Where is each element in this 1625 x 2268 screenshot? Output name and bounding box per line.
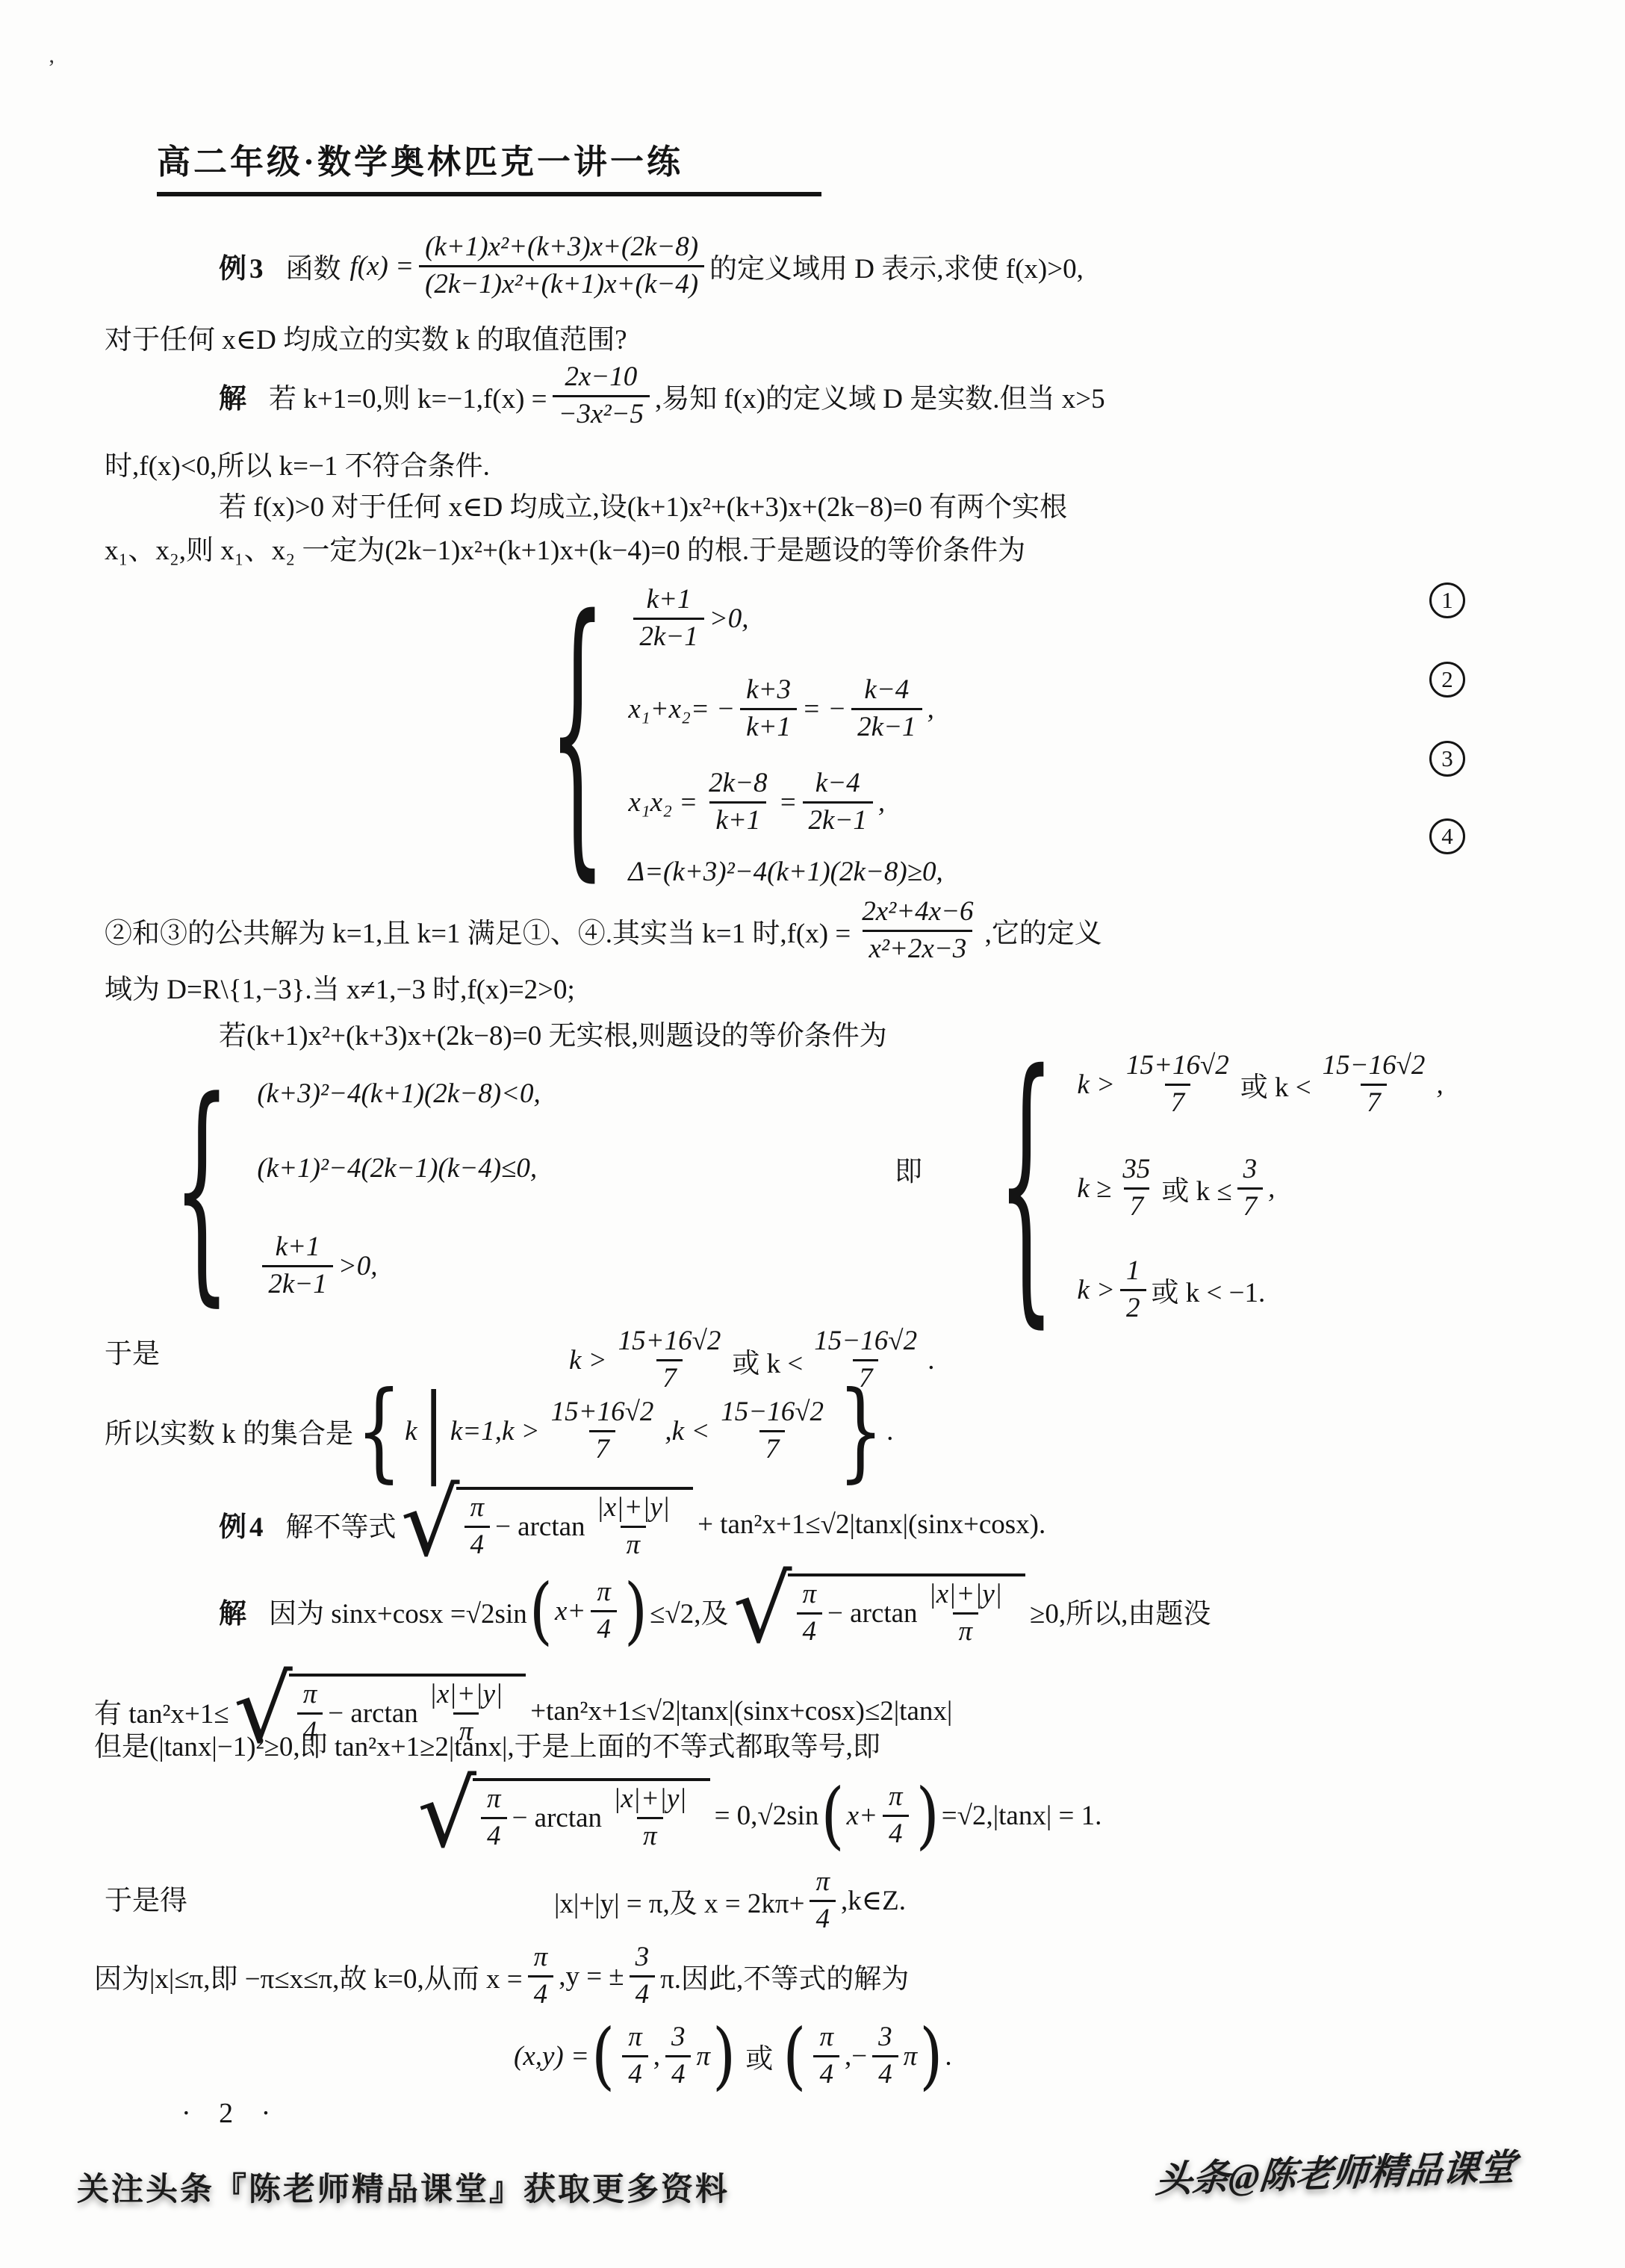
eq1-tail: =√2,|tanx| = 1.: [942, 1800, 1102, 1832]
numerator: 15−16√2: [808, 1327, 923, 1359]
set-bar: |: [423, 1387, 444, 1474]
denominator: k+1: [709, 801, 766, 836]
denominator: 4: [591, 1610, 617, 1644]
numerator: k−4: [810, 769, 866, 801]
however-line: 但是(|tanx|−1)²≥0,即 tan²x+1≥2|tanx|,于是上面的不…: [94, 1725, 880, 1762]
arctan-text: − arctan: [512, 1802, 603, 1834]
denominator: 4: [883, 1815, 909, 1849]
denominator: 4: [464, 1526, 491, 1560]
open-paren: (: [821, 1783, 844, 1848]
example3-pre: 函数: [286, 246, 341, 286]
paragraph4-line3: 若(k+1)x²+(k+3)x+(2k−8)=0 无实根,则题设的等价条件为: [219, 1014, 887, 1051]
system1-rows: k+1 2k−1 >0, x₁+x₂= − k+3 k+1 = − k−4 2k…: [628, 577, 942, 893]
denominator: 4: [622, 2055, 648, 2090]
example3-post: 的定义域用 D 表示,求使 f(x)>0,: [709, 246, 1084, 286]
numerator: π: [813, 2023, 839, 2055]
fraction: π 4: [813, 2023, 839, 2090]
system1: { k+1 2k−1 >0, x₁+x₂= − k+3 k+1 = − k−4 …: [549, 577, 943, 893]
eq3-or: 或: [745, 2036, 773, 2076]
system1-row2-tail: ,: [928, 693, 934, 725]
denominator: (2k−1)x²+(k+1)x+(k−4): [419, 265, 704, 299]
fraction: k+1 2k−1: [262, 1233, 332, 1299]
example4-label: 例4: [219, 1504, 267, 1544]
system2-left-row2-text: (k+1)²−4(2k−1)(k−4)≤0,: [257, 1152, 537, 1184]
fraction: k−4 2k−1: [803, 769, 873, 836]
r1-mid: 或 k <: [1240, 1064, 1311, 1105]
fraction: 3 4: [872, 2023, 898, 2090]
system2-left-row3: k+1 2k−1 >0,: [257, 1222, 540, 1310]
system2-left-row3-tail: >0,: [338, 1250, 378, 1282]
numerator: |x|+|y|: [923, 1580, 1009, 1612]
final-condition-line: 因为|x|≤π,即 −π≤x≤π,故 k=0,从而 x = π 4 ,y = ±…: [94, 1936, 909, 2016]
denominator: 2k−1: [633, 618, 703, 652]
denominator: 7: [1124, 1187, 1150, 1222]
denominator: 4: [665, 2055, 692, 2090]
radical: √ π 4 − arctan |x|+|y| π: [733, 1573, 1025, 1647]
header-title: 高二年级·数学奥林匹克一讲一练: [157, 134, 821, 196]
fraction: k−4 2k−1: [851, 676, 922, 742]
system2-connector: 即: [895, 1150, 922, 1187]
r1-pre: k >: [1077, 1069, 1115, 1101]
system1-row3-tail: ,: [878, 786, 885, 818]
solution4-s3: ≥0,所以,由题没: [1030, 1591, 1211, 1631]
numerator: k−4: [858, 676, 915, 708]
eq2-tail: ,k∈Z.: [841, 1884, 906, 1917]
conc-tail: .: [928, 1344, 935, 1376]
paragraph4-s4: 若(k+1)x²+(k+3)x+(2k−8)=0 无实根,则题设的等价条件为: [219, 1013, 887, 1053]
numerator: k+1: [270, 1233, 326, 1265]
eq1-mid: = 0,√2sin: [715, 1800, 819, 1832]
paragraph4-line2: 域为 D=R\{1,−3}.当 x≠1,−3 时,f(x)=2>0;: [105, 969, 575, 1004]
denominator: 4: [810, 1900, 836, 1934]
denominator: 2: [1120, 1289, 1146, 1323]
circle-tag-4: 4: [1429, 818, 1465, 854]
solution4-label: 解: [219, 1591, 249, 1631]
system1-row1: k+1 2k−1 >0,: [628, 577, 942, 660]
fraction: 15+16√2 7: [545, 1398, 660, 1464]
hence-label: 于是得: [105, 1880, 187, 1915]
set-line-pre: 所以实数 k 的集合是: [105, 1411, 353, 1451]
numerator: 15−16√2: [715, 1398, 830, 1430]
left-brace: {: [549, 585, 606, 885]
solution3-line1: 解 若 k+1=0,则 k=−1,f(x) = 2x−10 −3x²−5 ,易知…: [219, 349, 1105, 442]
system1-row2: x₁+x₂= − k+3 k+1 = − k−4 2k−1 ,: [628, 665, 942, 754]
paragraph4-s1: ②和③的公共解为 k=1,且 k=1 满足①、④.其实当 k=1 时,f(x) …: [105, 910, 851, 951]
set-cond2: ,k <: [665, 1415, 709, 1447]
final-tail: π.因此,不等式的解为: [660, 1956, 909, 1996]
close-paren: ): [624, 1578, 647, 1644]
system2-right: { k > 15+16√2 7 或 k < 15−16√2 7 , k ≥ 35: [998, 1040, 1444, 1332]
solution3-s2: ,易知 f(x)的定义域 D 是实数.但当 x>5: [655, 376, 1105, 416]
solution3-s3: 时,f(x)<0,所以 k=−1 不符合条件.: [105, 443, 490, 483]
solution3-s1: 若 k+1=0,则 k=−1,f(x) =: [269, 376, 547, 416]
fraction: k+1 2k−1: [633, 585, 703, 652]
left-brace: {: [173, 1072, 230, 1310]
numerator: 3: [1237, 1155, 1264, 1187]
radical-sign: √: [733, 1573, 792, 1647]
r2-tail: ,: [1268, 1172, 1275, 1205]
circle-tag-2: 2: [1429, 662, 1465, 698]
example4-pre: 解不等式: [286, 1504, 397, 1544]
however-text: 但是(|tanx|−1)²≥0,即 tan²x+1≥2|tanx|,于是上面的不…: [94, 1724, 880, 1764]
numerator: 2x−10: [559, 363, 643, 395]
radical-sign: √: [401, 1487, 460, 1561]
denominator: 7: [589, 1430, 615, 1464]
numerator: 15+16√2: [612, 1327, 727, 1359]
final-pre: 因为|x|≤π,即 −π≤x≤π,故 k=0,从而 x =: [94, 1956, 523, 1996]
fraction: π 4: [528, 1943, 554, 2010]
numerator: k+1: [641, 585, 697, 618]
fraction: 35 7: [1116, 1155, 1156, 1222]
numerator: (k+1)x²+(k+3)x+(2k−8): [419, 233, 704, 265]
eq3-period: .: [945, 2040, 951, 2072]
hence-text: 于是得: [105, 1877, 187, 1918]
fraction: 2k−8 k+1: [703, 769, 773, 836]
solution4-s1: 因为 sinx+cosx =√2sin: [269, 1591, 527, 1631]
numerator: 2k−8: [703, 769, 773, 801]
denominator: 4: [872, 2055, 898, 2090]
denominator: k+1: [740, 708, 797, 742]
fraction: 15−16√2 7: [1317, 1051, 1432, 1118]
solution3-s4: 若 f(x)>0 对于任何 x∈D 均成立,设(k+1)x²+(k+3)x+(2…: [219, 484, 1067, 524]
fraction: π 4: [481, 1785, 507, 1851]
fraction: |x|+|y| π: [591, 1494, 677, 1560]
r2-mid: 或 k ≤: [1161, 1168, 1231, 1208]
denominator: −3x²−5: [553, 395, 650, 429]
fraction: π 4: [464, 1494, 491, 1560]
system2-left-row1-text: (k+3)²−4(k+1)(2k−8)<0,: [257, 1078, 540, 1110]
footer-left: 关注头条『陈老师精品课堂』获取更多资料: [77, 2164, 730, 2210]
r1-tail: ,: [1436, 1069, 1443, 1101]
numerator: 3: [630, 1943, 656, 1975]
numerator: π: [591, 1578, 617, 1610]
page: ’ 高二年级·数学奥林匹克一讲一练 例3 函数 f(x) = (k+1)x²+(…: [0, 0, 1625, 2268]
numerator: 15−16√2: [1317, 1051, 1432, 1084]
fraction: |x|+|y| π: [607, 1785, 693, 1851]
numerator: π: [297, 1680, 323, 1712]
paragraph4-s3: 域为 D=R\{1,−3}.当 x≠1,−3 时,f(x)=2>0;: [105, 966, 575, 1007]
denominator: π: [621, 1526, 647, 1560]
x-plus: x+: [555, 1595, 585, 1627]
page-number: · 2 ·: [181, 2097, 281, 2130]
system2-connector-text: 即: [895, 1149, 922, 1189]
denominator: 7: [1361, 1084, 1387, 1118]
left-brace: {: [998, 1040, 1054, 1332]
set-period: .: [886, 1415, 893, 1447]
close-paren: ): [712, 2023, 736, 2089]
system2-left: { (k+3)²−4(k+1)(2k−8)<0, (k+1)²−4(2k−1)(…: [173, 1072, 541, 1310]
stray-mark: ’: [48, 55, 55, 81]
example3-label: 例3: [219, 246, 267, 286]
numerator: π: [464, 1494, 491, 1526]
eq3-comma: ,: [653, 2040, 660, 2072]
fraction: 15+16√2 7: [1120, 1051, 1235, 1118]
fraction: π 4: [622, 2023, 648, 2090]
denominator: 4: [813, 2055, 839, 2090]
fraction: 3 4: [665, 2023, 692, 2090]
open-paren: (: [529, 1578, 553, 1644]
numerator: π: [481, 1785, 507, 1817]
radicand: π 4 − arctan |x|+|y| π: [473, 1778, 710, 1852]
denominator: 4: [630, 1975, 656, 2010]
numerator: 3: [872, 2023, 898, 2055]
numerator: 2x²+4x−6: [856, 898, 979, 930]
system2-right-row2: k ≥ 35 7 或 k ≤ 3 7 ,: [1077, 1146, 1443, 1231]
numerator: |x|+|y|: [423, 1680, 509, 1712]
fraction: 2x²+4x−6 x²+2x−3: [856, 898, 979, 964]
fraction: 1 2: [1120, 1257, 1146, 1323]
numerator: 1: [1120, 1257, 1146, 1289]
r3-tail: 或 k < −1.: [1152, 1270, 1266, 1310]
x-plus: x+: [847, 1800, 877, 1832]
conc-pre: k >: [569, 1344, 607, 1376]
paragraph4-s2: ,它的定义: [985, 910, 1102, 951]
example4-line: 例4 解不等式 √ π 4 − arctan |x|+|y| π + tan²x…: [219, 1480, 1045, 1568]
arctan-text: − arctan: [827, 1597, 918, 1629]
denominator: 4: [481, 1817, 507, 1851]
set-open-brace: {: [356, 1382, 402, 1479]
arctan-text: − arctan: [495, 1511, 585, 1543]
system1-row2-mid: = −: [802, 693, 846, 725]
therefore-text: 于是: [105, 1331, 160, 1371]
numerator: π: [622, 2023, 648, 2055]
pi-symbol: π: [696, 2040, 710, 2072]
denominator: x²+2x−3: [863, 930, 972, 964]
radical: √ π 4 − arctan |x|+|y| π: [417, 1778, 710, 1852]
display-eq2: |x|+|y| = π,及 x = 2kπ+ π 4 ,k∈Z.: [554, 1864, 906, 1937]
denominator: 7: [1237, 1187, 1264, 1222]
numerator: 35: [1116, 1155, 1156, 1187]
r3-pre: k >: [1077, 1274, 1115, 1306]
fraction: 2x−10 −3x²−5: [553, 363, 650, 429]
numerator: π: [810, 1868, 836, 1900]
system2-left-row1: (k+3)²−4(k+1)(2k−8)<0,: [257, 1072, 540, 1114]
numerator: 15+16√2: [545, 1398, 660, 1430]
system2-right-rows: k > 15+16√2 7 或 k < 15−16√2 7 , k ≥ 35 7: [1077, 1040, 1443, 1332]
system2-right-row1: k > 15+16√2 7 或 k < 15−16√2 7 ,: [1077, 1040, 1443, 1129]
final-mid: ,y = ±: [559, 1960, 624, 1992]
eq3-comma-minus: ,−: [845, 2040, 867, 2072]
fraction: 3 4: [630, 1943, 656, 2010]
circle-tag-1: 1: [1429, 582, 1465, 618]
numerator: |x|+|y|: [607, 1785, 693, 1817]
solution3-line3: 若 f(x)>0 对于任何 x∈D 均成立,设(k+1)x²+(k+3)x+(2…: [219, 485, 1067, 523]
set-cond1: k=1,k >: [450, 1415, 540, 1447]
denominator: 2k−1: [262, 1265, 332, 1299]
fraction: |x|+|y| π: [923, 1580, 1009, 1647]
denominator: π: [953, 1612, 979, 1647]
numerator: π: [796, 1580, 822, 1612]
set-line: 所以实数 k 的集合是 { k | k=1,k > 15+16√2 7 ,k <…: [105, 1383, 893, 1479]
system1-row1-tail: >0,: [709, 603, 749, 635]
solution4-s5: +tan²x+1≤√2|tanx|(sinx+cosx)≤2|tanx|: [530, 1695, 952, 1727]
fraction: k+3 k+1: [740, 676, 797, 742]
system1-row3-pre: x₁x₂ =: [628, 786, 697, 818]
denominator: 2k−1: [803, 801, 873, 836]
set-variable: k: [405, 1415, 417, 1447]
display-eq3: (x,y) = ( π 4 , 3 4 π ) 或 ( π 4 ,− 3 4 π…: [514, 2015, 952, 2097]
numerator: |x|+|y|: [591, 1494, 677, 1526]
radicand: π 4 − arctan |x|+|y| π: [456, 1487, 694, 1561]
numerator: π: [528, 1943, 554, 1975]
open-paren: (: [783, 2023, 806, 2089]
solution4-s2: ≤√2,及: [650, 1591, 728, 1631]
footer-right: 头条@陈老师精品课堂: [1154, 2138, 1518, 2203]
example3-fx: f(x) =: [350, 250, 414, 282]
solution4-line1: 解 因为 sinx+cosx =√2sin ( x+ π 4 ) ≤√2,及 √…: [219, 1562, 1211, 1659]
eq3-pre: (x,y) =: [514, 2040, 589, 2072]
denominator: 4: [797, 1612, 823, 1647]
denominator: π: [637, 1817, 663, 1851]
system2-left-row2: (k+1)²−4(2k−1)(k−4)≤0,: [257, 1147, 540, 1189]
numerator: 15+16√2: [1120, 1051, 1235, 1084]
system1-row3-mid: =: [779, 786, 798, 818]
radicand: π 4 − arctan |x|+|y| π: [788, 1573, 1025, 1647]
fraction: π 4: [591, 1578, 617, 1644]
pi-symbol: π: [904, 2040, 918, 2072]
fraction: π 4: [883, 1783, 909, 1849]
display-eq1: √ π 4 − arctan |x|+|y| π = 0,√2sin ( x+ …: [413, 1767, 1102, 1864]
eq2-pre: |x|+|y| = π,及 x = 2kπ+: [554, 1880, 804, 1921]
radical: √ π 4 − arctan |x|+|y| π: [401, 1487, 694, 1561]
numerator: π: [883, 1783, 909, 1815]
system2-right-row3: k > 1 2 或 k < −1.: [1077, 1247, 1443, 1332]
solution3-line2: 时,f(x)<0,所以 k=−1 不符合条件.: [105, 446, 490, 480]
denominator: 4: [528, 1975, 554, 2010]
fraction: π 4: [810, 1868, 836, 1934]
paragraph4-line1: ②和③的公共解为 k=1,且 k=1 满足①、④.其实当 k=1 时,f(x) …: [105, 886, 1102, 975]
fraction: (k+1)x²+(k+3)x+(2k−8) (2k−1)x²+(k+1)x+(k…: [419, 233, 704, 299]
header-title-text: 高二年级·数学奥林匹克一讲一练: [157, 143, 683, 181]
example3-line1: 例3 函数 f(x) = (k+1)x²+(k+3)x+(2k−8) (2k−1…: [219, 222, 1084, 310]
set-close-brace: }: [838, 1382, 883, 1479]
fraction: 3 7: [1237, 1155, 1264, 1222]
denominator: 7: [1165, 1084, 1191, 1118]
denominator: 7: [759, 1430, 786, 1464]
fraction: π 4: [796, 1580, 822, 1647]
system1-row4-text: Δ=(k+3)²−4(k+1)(2k−8)≥0,: [628, 856, 942, 888]
fraction: 15−16√2 7: [715, 1398, 830, 1464]
system1-row2-pre: x₁+x₂= −: [628, 693, 735, 725]
therefore-label: 于是: [105, 1334, 160, 1368]
open-paren: (: [591, 2023, 615, 2089]
close-paren: ): [916, 1783, 939, 1848]
numerator: 3: [665, 2023, 692, 2055]
system2-left-rows: (k+3)²−4(k+1)(2k−8)<0, (k+1)²−4(2k−1)(k−…: [257, 1072, 540, 1310]
r2-pre: k ≥: [1077, 1172, 1111, 1205]
solution3-label: 解: [219, 376, 249, 416]
system1-row3: x₁x₂ = 2k−8 k+1 = k−4 2k−1 ,: [628, 758, 942, 846]
conc-mid: 或 k <: [732, 1340, 803, 1381]
numerator: k+3: [740, 676, 797, 708]
close-paren: ): [919, 2023, 942, 2089]
example4-post: + tan²x+1≤√2|tanx|(sinx+cosx).: [697, 1509, 1045, 1541]
circle-tag-3: 3: [1429, 741, 1465, 777]
denominator: 2k−1: [851, 708, 922, 742]
radical-sign: √: [417, 1778, 476, 1852]
